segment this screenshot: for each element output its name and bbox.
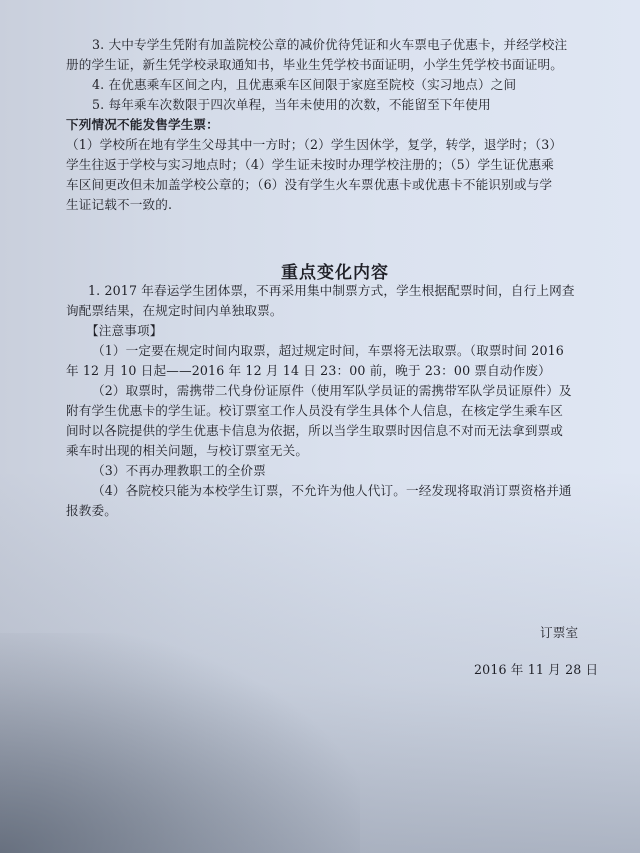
note-2-line-2: 附有学生优惠卡的学生证。校订票室工作人员没有学生具体个人信息，在核定学生乘车区 [66, 402, 563, 420]
note-2-line-4: 乘车时出现的相关问题，与校订票室无关。 [66, 442, 308, 460]
item-5: 5. 每年乘车次数限于四次单程，当年未使用的次数，不能留至下年使用 [92, 96, 491, 114]
note-1-line-2: 年 12 月 10 日起——2016 年 12 月 14 日 23：00 前，晚… [66, 362, 551, 380]
note-2-line-3: 间时以各院提供的学生优惠卡信息为依据，所以当学生取票时因信息不对而无法拿到票或 [66, 422, 563, 440]
note-4-line-1: （4）各院校只能为本校学生订票，不允许为他人代订。一经发现将取消订票资格并通 [92, 482, 572, 500]
not-sold-line-3: 车区间更改但未加盖学校公章的；（6）没有学生火车票优惠卡或优惠卡不能识别或与学 [66, 176, 552, 194]
section-title: 重点变化内容 [0, 258, 640, 283]
item-4: 4. 在优惠乘车区间之内，且优惠乘车区间限于家庭至院校（实习地点）之间 [92, 76, 516, 94]
item-3-line-1: 3. 大中专学生凭附有加盖院校公章的减价优待凭证和火车票电子优惠卡，并经学校注 [92, 36, 567, 54]
photo-shadow [0, 633, 360, 853]
notes-heading: 【注意事项】 [86, 322, 162, 340]
not-sold-heading: 下列情况不能发售学生票： [66, 116, 219, 134]
not-sold-line-1: （1）学校所在地有学生父母其中一方时；（2）学生因休学，复学，转学，退学时；（3… [66, 136, 562, 154]
not-sold-line-4: 生证记载不一致的. [66, 196, 172, 214]
change-item-1-line-2: 询配票结果，在规定时间内单独取票。 [66, 302, 283, 320]
signature-office: 订票室 [540, 624, 578, 642]
signature-date: 2016 年 11 月 28 日 [474, 661, 598, 679]
not-sold-line-2: 学生往返于学校与实习地点时；（4）学生证未按时办理学校注册的；（5）学生证优惠乘 [66, 156, 554, 174]
note-2-line-1: （2）取票时，需携带二代身份证原件（使用军队学员证的需携带军队学员证原件）及 [92, 382, 572, 400]
item-3-line-2: 册的学生证，新生凭学校录取通知书，毕业生凭学校书面证明，小学生凭学校书面证明。 [66, 56, 563, 74]
note-1-line-1: （1）一定要在规定时间内取票，超过规定时间，车票将无法取票。（取票时间 2016 [92, 342, 564, 360]
change-item-1-line-1: 1. 2017 年春运学生团体票，不再采用集中制票方式，学生根据配票时间，自行上… [88, 282, 575, 300]
note-3: （3）不再办理教职工的全价票 [92, 462, 266, 480]
note-4-line-2: 报教委。 [66, 502, 117, 520]
